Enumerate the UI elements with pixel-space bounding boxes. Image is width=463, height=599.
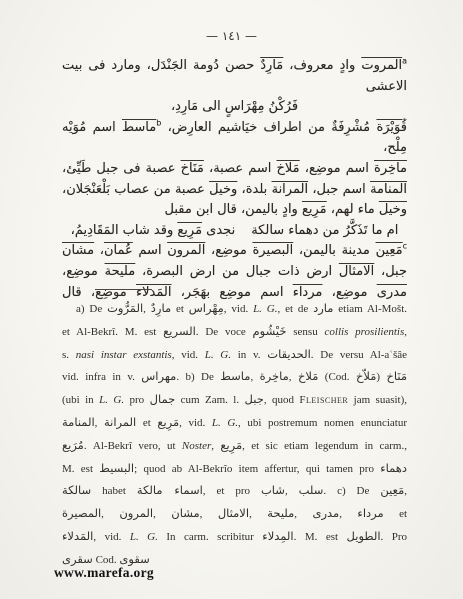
- latin-text-segment: ,: [101, 508, 119, 520]
- arabic-text-segment: مَلاخ: [277, 161, 300, 176]
- arabic-text-segment: الامثال: [218, 506, 249, 520]
- arabic-text-segment: ماسط: [122, 120, 156, 135]
- arabic-text-segment: ام ما تَذَكَّرُ من دهماء سالكة: [251, 223, 398, 238]
- arabic-text-segment: مليحة: [267, 506, 294, 520]
- latin-text-segment: . De versu Al-aʿšâe: [311, 349, 407, 361]
- footnote-line: المنامة, المرانة et مَرِيع, vid. L. G., …: [62, 412, 407, 435]
- arabic-text-segment: عصبة فى جبل طَيِّئ،: [62, 161, 181, 176]
- latin-text-segment: L. G.: [130, 531, 158, 543]
- arabic-text-segment: المنامة: [62, 415, 95, 429]
- footnote-marker: c: [403, 242, 407, 251]
- arabic-text-segment: مِهْراس: [189, 301, 224, 315]
- arabic-text-segment: البصيرة: [253, 243, 294, 258]
- arabic-text-segment: مشان: [62, 243, 94, 258]
- arabic-text-segment: مدينة باليمن،: [293, 243, 375, 258]
- latin-text-segment: , vid.: [93, 531, 129, 543]
- arabic-text-segment: نجدى: [202, 223, 235, 238]
- arabic-text-segment: السريع: [163, 324, 196, 338]
- arabic-text-segment: موضِع،: [62, 264, 105, 279]
- latin-text-segment: sensu: [286, 326, 324, 338]
- latin-text-segment: et: [384, 508, 407, 520]
- latin-text-segment: ,: [289, 371, 298, 383]
- arabic-text-segment: المرون: [167, 243, 205, 258]
- arabic-text-segment: قُوَيْرَة: [376, 120, 407, 135]
- latin-text-segment: vid. infra in v.: [62, 371, 141, 383]
- arabic-text-segment: سقوى: [119, 552, 149, 566]
- latin-text-segment: collis prosilientis: [325, 326, 405, 338]
- arabic-text-segment: المصيرة: [62, 506, 101, 520]
- latin-text-segment: nasi instar exstantis: [76, 349, 172, 361]
- arabic-text-segment: الاعشى: [366, 79, 407, 94]
- arabic-text-segment: المرون: [119, 506, 153, 520]
- arabic-text-segment: سلب: [299, 483, 324, 497]
- latin-text-segment: , et de: [277, 303, 313, 315]
- latin-text-segment: pro: [124, 394, 150, 406]
- arabic-text-segment: جبل،: [374, 264, 407, 279]
- arabic-text-segment: فَرُكْنُ مِهْرَاسٍ الى مَارِدِ،: [171, 99, 298, 114]
- latin-text-segment: cum Zam. l.: [175, 394, 244, 406]
- latin-text-segment: (Cod.: [318, 371, 356, 383]
- latin-text-segment: , et sic etiam legendum in carm.,: [242, 440, 407, 452]
- arabic-text-segment: مدرى: [312, 506, 339, 520]
- arabic-text-segment: ماسط: [220, 369, 250, 383]
- arabic-text-segment: ماء لهم،: [327, 202, 379, 217]
- latin-text-segment: ,: [211, 440, 220, 452]
- latin-text-segment: M. est: [62, 463, 99, 475]
- arabic-text-segment: عُمان: [104, 243, 133, 258]
- arabic-text-segment: مَارِدٌ: [260, 58, 283, 73]
- latin-text-segment: , et pro: [203, 485, 261, 497]
- latin-text-segment: ,: [404, 326, 407, 338]
- arabic-text-segment: البسيط: [99, 461, 134, 475]
- arabic-text-segment: المنامة: [370, 182, 407, 197]
- main-text-line: cمَعِين مدينة باليمن، البصيرة موضِع، الم…: [62, 241, 407, 262]
- arabic-text-segment: المَدلاء: [62, 529, 93, 543]
- arabic-text-segment: مهراس: [141, 369, 176, 383]
- arabic-text-segment: مُرَيع: [62, 438, 84, 452]
- latin-text-segment: . M. est: [294, 531, 347, 543]
- arabic-text-segment: المَرُّوت: [107, 301, 143, 315]
- arabic-text-segment: ارض ذات جبال من ارض البصرة،: [135, 264, 339, 279]
- arabic-text-segment: مليحة: [105, 264, 136, 279]
- footnote-line: المَدلاء, vid. L. G. In carm. scribitur …: [62, 526, 407, 549]
- main-text-line: قُوَيْرَة مُشْرِفَةٌ من اطراف خيَاشيم ال…: [62, 118, 407, 159]
- arabic-text-segment: مشان: [171, 506, 199, 520]
- latin-text-segment: et Al-Bekrî. M. est: [62, 326, 163, 338]
- latin-text-segment: ,: [153, 508, 171, 520]
- arabic-text-segment: دهماء: [380, 461, 407, 475]
- main-text-line: ماخِرة اسم موضِع، مَلاخ اسم عصبة، مَنَاخ…: [62, 159, 407, 180]
- latin-text-segment: etiam Al-Mošt.: [333, 303, 407, 315]
- arabic-text-segment: مَعِين: [380, 483, 404, 497]
- arabic-text-segment: سقرى: [62, 552, 93, 566]
- arabic-text-segment: موضِع،: [205, 243, 252, 258]
- watermark-text: www.marefa.org: [54, 565, 154, 581]
- latin-text-segment: ,: [95, 417, 104, 429]
- latin-text-segment: . b) De: [176, 371, 220, 383]
- latin-text-segment: L. G.: [253, 303, 277, 315]
- arabic-text-segment: جبل: [245, 392, 264, 406]
- main-text-line: وخيل ماء لهم، مَرِيع وادٍ باليمن، قال اب…: [62, 200, 407, 221]
- arabic-text-segment: الطويل: [347, 529, 381, 543]
- arabic-text-segment: مَعِين: [376, 243, 403, 258]
- arabic-text-segment: ،: [94, 243, 104, 258]
- arabic-text-segment: وادٍ معروف،: [283, 58, 361, 73]
- latin-text-segment: et: [136, 417, 157, 429]
- latin-text-segment: ; quod ab Al-Bekrîo item affertur, qui t…: [134, 463, 380, 475]
- arabic-text-segment: مَرِيع: [157, 415, 179, 429]
- latin-text-segment: Noster: [182, 440, 211, 452]
- arabic-text-segment: وادٍ باليمن، قال ابن مقبل: [165, 202, 302, 217]
- arabic-text-segment: الحديقات: [267, 347, 311, 361]
- footnote-line: (ubi in L. G. pro جمال cum Zam. l. جبل, …: [62, 389, 407, 412]
- arabic-text-segment: مَنَاخ: [181, 161, 204, 176]
- footnote-line: سالكة habet اسماء مالكة, et pro شاب, سلب…: [62, 480, 407, 503]
- latin-text-segment: In carm. scribitur: [158, 531, 262, 543]
- arabic-text-segment: اسم موضِع،: [300, 161, 374, 176]
- latin-text-segment: ,: [200, 508, 218, 520]
- arabic-text-segment: اسم: [133, 243, 168, 258]
- arabic-text-segment: مُشْرِفَةٌ من اطراف خيَاشيم العارِض،: [161, 120, 376, 135]
- footnotes-block: a) De المَرُّوت, مارِدٌ et مِهْراس, vid.…: [62, 298, 407, 572]
- latin-text-segment: ,: [404, 485, 407, 497]
- arabic-text-segment: وخيل: [209, 182, 237, 197]
- latin-text-segment: ,: [250, 371, 259, 383]
- latin-text-segment: (ubi in: [62, 394, 99, 406]
- footnote-line: M. est البسيط; quod ab Al-Bekrîo item af…: [62, 458, 407, 481]
- latin-text-segment: L. G.: [212, 417, 238, 429]
- scanned-book-page: — ١٤١ — aالمروت وادٍ معروف، مَارِدٌ حصن …: [0, 0, 463, 599]
- arabic-text-segment: ماخِرة: [260, 369, 289, 383]
- arabic-text-segment: المرانة: [104, 415, 136, 429]
- latin-text-segment: , vid.: [172, 349, 205, 361]
- arabic-text-segment: المِدلاء: [262, 529, 293, 543]
- latin-text-segment: jam suasit),: [348, 394, 407, 406]
- arabic-text-segment: مارِدٌ: [151, 301, 171, 315]
- latin-text-segment: L. G.: [99, 394, 124, 406]
- arabic-text-segment: مَلاّخ: [356, 369, 376, 383]
- latin-text-segment: . c) De: [323, 485, 380, 497]
- latin-text-segment: ,: [294, 508, 312, 520]
- arabic-text-segment: بلدة،: [237, 182, 271, 197]
- latin-text-segment: ,: [339, 508, 357, 520]
- footnote-line: s. nasi instar exstantis, vid. L. G. in …: [62, 344, 407, 367]
- arabic-text-segment: عصبة من عصاب بَلْعَنْجَلان،: [62, 182, 209, 197]
- arabic-text-segment: اسم جبل،: [308, 182, 370, 197]
- latin-text-segment: L. G.: [205, 349, 231, 361]
- latin-text-segment: habet: [91, 485, 137, 497]
- latin-text-segment: ,: [143, 303, 151, 315]
- arabic-text-segment: شاب: [261, 483, 285, 497]
- arabic-text-segment: ماخِرة: [374, 161, 407, 176]
- arabic-text-segment: سالكة: [62, 483, 91, 497]
- latin-text-segment: ): [376, 371, 386, 383]
- latin-text-segment: ,: [249, 508, 267, 520]
- latin-text-segment: s.: [62, 349, 76, 361]
- arabic-text-segment: مَلاخ: [298, 369, 318, 383]
- footnote-line: a) De المَرُّوت, مارِدٌ et مِهْراس, vid.…: [62, 298, 407, 321]
- arabic-text-segment: مَرِيع: [220, 438, 242, 452]
- latin-text-segment: , vid.: [179, 417, 212, 429]
- arabic-text-segment: مَنَاخ: [386, 369, 407, 383]
- main-text-line: فَرُكْنُ مِهْرَاسٍ الى مَارِدِ،: [62, 97, 407, 118]
- arabic-text-segment: مَرِيع: [302, 202, 327, 217]
- latin-text-segment: a) De: [76, 303, 107, 315]
- arabic-text-segment: الامثال: [339, 264, 374, 279]
- footnote-line: المصيرة, المرون, مشان, الامثال, مليحة, م…: [62, 503, 407, 526]
- latin-text-segment: Cod.: [93, 554, 120, 566]
- arabic-text-segment: المرانة: [272, 182, 308, 197]
- arabic-text-segment: اسماء مالكة: [137, 483, 203, 497]
- main-text-line: aالمروت وادٍ معروف، مَارِدٌ حصن دُومة ال…: [62, 56, 407, 77]
- latin-text-segment: Fleischer: [299, 394, 348, 406]
- latin-text-segment: et: [171, 303, 189, 315]
- footnote-marker: a: [402, 57, 407, 66]
- main-text-line: المنامة اسم جبل، المرانة بلدة، وخيل عصبة…: [62, 180, 407, 201]
- latin-text-segment: , quod: [264, 394, 300, 406]
- latin-text-segment: . De voce: [196, 326, 253, 338]
- main-text-line: ام ما تَذَكَّرُ من دهماء سالكةنجدى مَرِي…: [62, 221, 407, 242]
- main-text-line: جبل، الامثال ارض ذات جبال من ارض البصرة،…: [62, 262, 407, 283]
- arabic-text-segment: المروت: [361, 58, 402, 73]
- main-text-line: الاعشى: [62, 77, 407, 98]
- arabic-text-segment: مرداء: [357, 506, 383, 520]
- arabic-text-segment: مارد: [313, 301, 333, 315]
- footnote-separator-rule: [95, 289, 152, 290]
- latin-text-segment: in v.: [231, 349, 267, 361]
- latin-text-segment: , ubi postremum nomen enunciatur: [238, 417, 407, 429]
- latin-text-segment: ,: [285, 485, 299, 497]
- footnote-line: vid. infra in v. مهراس. b) De ماسط, ماخِ…: [62, 366, 407, 389]
- arabic-text-segment: وخيل: [379, 202, 407, 217]
- arabic-text-segment: مَرِيع: [177, 223, 202, 238]
- arabic-text-segment: وقد شاب المَقَادِيمُ،: [71, 223, 178, 238]
- latin-text-segment: . Pro: [381, 531, 408, 543]
- footnote-line: مُرَيع. Al-Bekrî vero, ut Noster, مَرِيع…: [62, 435, 407, 458]
- arabic-text-segment: خَيْشُوم: [253, 324, 287, 338]
- latin-text-segment: , vid.: [224, 303, 253, 315]
- arabic-text-block: aالمروت وادٍ معروف، مَارِدٌ حصن دُومة ال…: [62, 56, 407, 303]
- arabic-text-segment: جمال: [150, 392, 176, 406]
- arabic-text-segment: اسم عصبة،: [204, 161, 277, 176]
- latin-text-segment: . Al-Bekrî vero, ut: [84, 440, 182, 452]
- page-number: — ١٤١ —: [0, 29, 463, 43]
- arabic-text-segment: حصن دُومة الجَنْدَل، ومارد فى بيت: [62, 58, 260, 73]
- footnote-line: et Al-Bekrî. M. est السريع. De voce خَيْ…: [62, 321, 407, 344]
